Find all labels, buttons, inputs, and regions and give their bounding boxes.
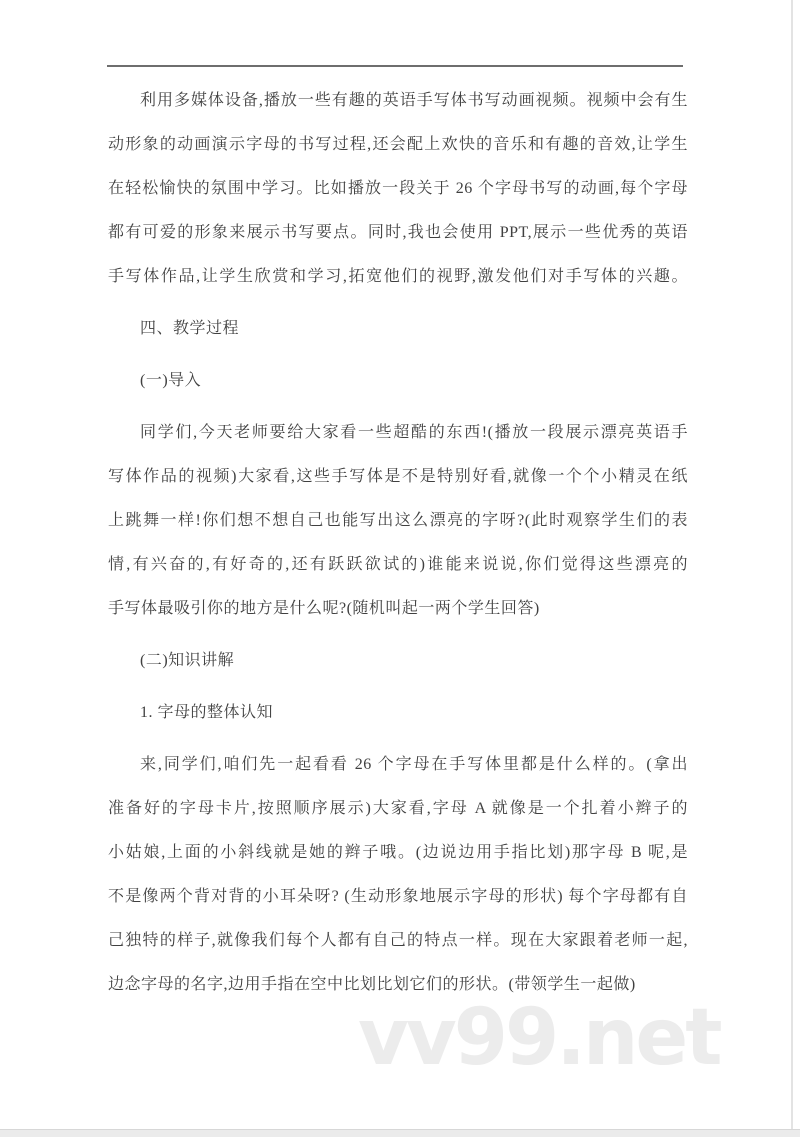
text-line: 写体作品的视频)大家看,这些手写体是不是特别好看,就像一个个小精灵在纸 <box>108 455 688 499</box>
paragraph: 利用多媒体设备,播放一些有趣的英语手写体书写动画视频。视频中会有生动形象的动画演… <box>108 79 688 299</box>
heading: (一)导入 <box>108 359 688 403</box>
text-line: 同学们,今天老师要给大家看一些超酷的东西!(播放一段展示漂亮英语手 <box>108 411 688 455</box>
text-line: 动形象的动画演示字母的书写过程,还会配上欢快的音乐和有趣的音效,让学生 <box>108 123 688 167</box>
page-right-edge-line <box>791 0 793 1137</box>
text-line: 上跳舞一样!你们想不想自己也能写出这么漂亮的字呀?(此时观察学生们的表 <box>108 499 688 543</box>
text-line: 准备好的字母卡片,按照顺序展示)大家看,字母 A 就像是一个扎着小辫子的 <box>108 787 688 831</box>
header-rule <box>107 65 683 67</box>
paragraph: 来,同学们,咱们先一起看看 26 个字母在手写体里都是什么样的。(拿出准备好的字… <box>108 743 688 1007</box>
text-line: 手写体最吸引你的地方是什么呢?(随机叫起一两个学生回答) <box>108 587 688 631</box>
text-line: 己独特的样子,就像我们每个人都有自己的特点一样。现在大家跟着老师一起, <box>108 919 688 963</box>
text-line: 不是像两个背对背的小耳朵呀? (生动形象地展示字母的形状) 每个字母都有自 <box>108 875 688 919</box>
text-line: 利用多媒体设备,播放一些有趣的英语手写体书写动画视频。视频中会有生 <box>108 79 688 123</box>
text-line: 在轻松愉快的氛围中学习。比如播放一段关于 26 个字母书写的动画,每个字母 <box>108 167 688 211</box>
text-line: 1. 字母的整体认知 <box>108 691 688 735</box>
text-line: (二)知识讲解 <box>108 639 688 683</box>
paragraph: 同学们,今天老师要给大家看一些超酷的东西!(播放一段展示漂亮英语手写体作品的视频… <box>108 411 688 631</box>
text-line: 来,同学们,咱们先一起看看 26 个字母在手写体里都是什么样的。(拿出 <box>108 743 688 787</box>
bottom-bar <box>0 1129 800 1137</box>
heading: 四、教学过程 <box>108 307 688 351</box>
heading: 1. 字母的整体认知 <box>108 691 688 735</box>
document-page: 利用多媒体设备,播放一些有趣的英语手写体书写动画视频。视频中会有生动形象的动画演… <box>0 0 800 1137</box>
document-body: 利用多媒体设备,播放一些有趣的英语手写体书写动画视频。视频中会有生动形象的动画演… <box>108 79 688 1007</box>
text-line: 小姑娘,上面的小斜线就是她的辫子哦。(边说边用手指比划)那字母 B 呢,是 <box>108 831 688 875</box>
text-line: 四、教学过程 <box>108 307 688 351</box>
heading: (二)知识讲解 <box>108 639 688 683</box>
text-line: 边念字母的名字,边用手指在空中比划比划它们的形状。(带领学生一起做) <box>108 963 688 1007</box>
watermark: vv99.net <box>358 999 720 1077</box>
text-line: (一)导入 <box>108 359 688 403</box>
text-line: 手写体作品,让学生欣赏和学习,拓宽他们的视野,激发他们对手写体的兴趣。 <box>108 255 688 299</box>
text-line: 情,有兴奋的,有好奇的,还有跃跃欲试的)谁能来说说,你们觉得这些漂亮的 <box>108 543 688 587</box>
text-line: 都有可爱的形象来展示书写要点。同时,我也会使用 PPT,展示一些优秀的英语 <box>108 211 688 255</box>
